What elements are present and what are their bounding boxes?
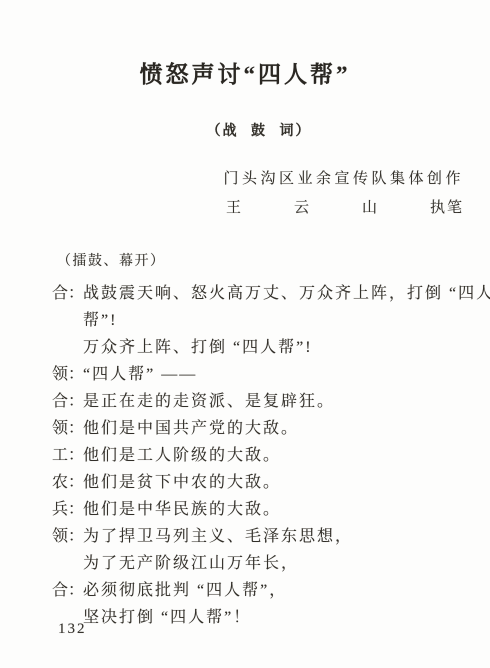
dialogue-item: 合：是正在走的走资派、是复辟狂。 [52,388,482,415]
speaker-label: 领： [52,361,83,388]
dialogue-text: 他们是中华民族的大敌。 [83,501,281,518]
speaker-label: 领： [52,415,83,442]
dialogue-text: 他们是贫下中农的大敌。 [83,474,281,491]
dialogue-line: 领：为了捍卫马列主义、毛泽东思想， [52,523,482,550]
speaker-label: 合： [52,577,83,604]
dialogue-line: 坚决打倒 “四人帮”！ [52,604,482,631]
dialogue-line: 领：他们是中国共产党的大敌。 [52,415,482,442]
dialogue-line: 万众齐上阵、打倒 “四人帮”! [52,334,482,361]
dialogue-item: 农：他们是贫下中农的大敌。 [52,469,482,496]
byline-author: 王 云 山 执笔 [223,194,464,223]
stage-direction: （擂鼓、幕开） [57,250,166,270]
dialogue-item: 合：必须彻底批判 “四人帮”， 坚决打倒 “四人帮”！ [52,577,482,631]
dialogue-line: 工：他们是工人阶级的大敌。 [52,442,482,469]
speaker-label: 工： [52,442,83,469]
dialogue-text: 他们是工人阶级的大敌。 [83,447,281,464]
dialogue-text: 是正在走的走资派、是复辟狂。 [83,393,335,410]
dialogue-text: 为了无产阶级江山万年长， [83,555,299,572]
dialogue-text: 帮”! [83,312,117,329]
speaker-label: 合： [52,280,83,307]
dialogue-text: 战鼓震天响、怒火高万丈、万众齐上阵，打倒 “四人 [83,285,490,302]
dialogue-item: 领：为了捍卫马列主义、毛泽东思想， 为了无产阶级江山万年长， [52,523,482,577]
subtitle-genre: （战 鼓 词） [14,120,490,140]
dialogue-text: “四人帮” —— [83,366,197,383]
dialogue-item: 合：战鼓震天响、怒火高万丈、万众齐上阵，打倒 “四人 帮”! 万众齐上阵、打倒 … [52,280,482,361]
speaker-label: 兵： [52,496,83,523]
dialogue-line: 农：他们是贫下中农的大敌。 [52,469,482,496]
dialogue-block: 合：战鼓震天响、怒火高万丈、万众齐上阵，打倒 “四人 帮”! 万众齐上阵、打倒 … [52,280,482,631]
speaker-label: 农： [52,469,83,496]
dialogue-text: 他们是中国共产党的大敌。 [83,420,299,437]
dialogue-line: 合：必须彻底批判 “四人帮”， [52,577,482,604]
byline: 门头沟区业余宣传队集体创作 王 云 山 执笔 [223,165,464,223]
dialogue-line: 合：战鼓震天响、怒火高万丈、万众齐上阵，打倒 “四人 [52,280,482,307]
dialogue-item: 工：他们是工人阶级的大敌。 [52,442,482,469]
dialogue-item: 兵：他们是中华民族的大敌。 [52,496,482,523]
page-title: 愤怒声讨“四人帮” [0,56,490,89]
dialogue-line: 合：是正在走的走资派、是复辟狂。 [52,388,482,415]
dialogue-item: 领：“四人帮” —— [52,361,482,388]
page-number: 132 [58,621,87,638]
dialogue-text: 为了捍卫马列主义、毛泽东思想， [83,528,353,545]
dialogue-line: 兵：他们是中华民族的大敌。 [52,496,482,523]
dialogue-text: 必须彻底批判 “四人帮”， [83,582,287,599]
dialogue-line: 帮”! [52,307,482,334]
byline-group: 门头沟区业余宣传队集体创作 [223,165,464,194]
dialogue-line: 领：“四人帮” —— [52,361,482,388]
speaker-label: 合： [52,388,83,415]
scanned-document-page: 愤怒声讨“四人帮” （战 鼓 词） 门头沟区业余宣传队集体创作 王 云 山 执笔… [0,0,490,668]
dialogue-text: 万众齐上阵、打倒 “四人帮”! [83,339,313,356]
dialogue-line: 为了无产阶级江山万年长， [52,550,482,577]
speaker-label: 领： [52,523,83,550]
dialogue-item: 领：他们是中国共产党的大敌。 [52,415,482,442]
dialogue-text: 坚决打倒 “四人帮”！ [83,609,251,626]
